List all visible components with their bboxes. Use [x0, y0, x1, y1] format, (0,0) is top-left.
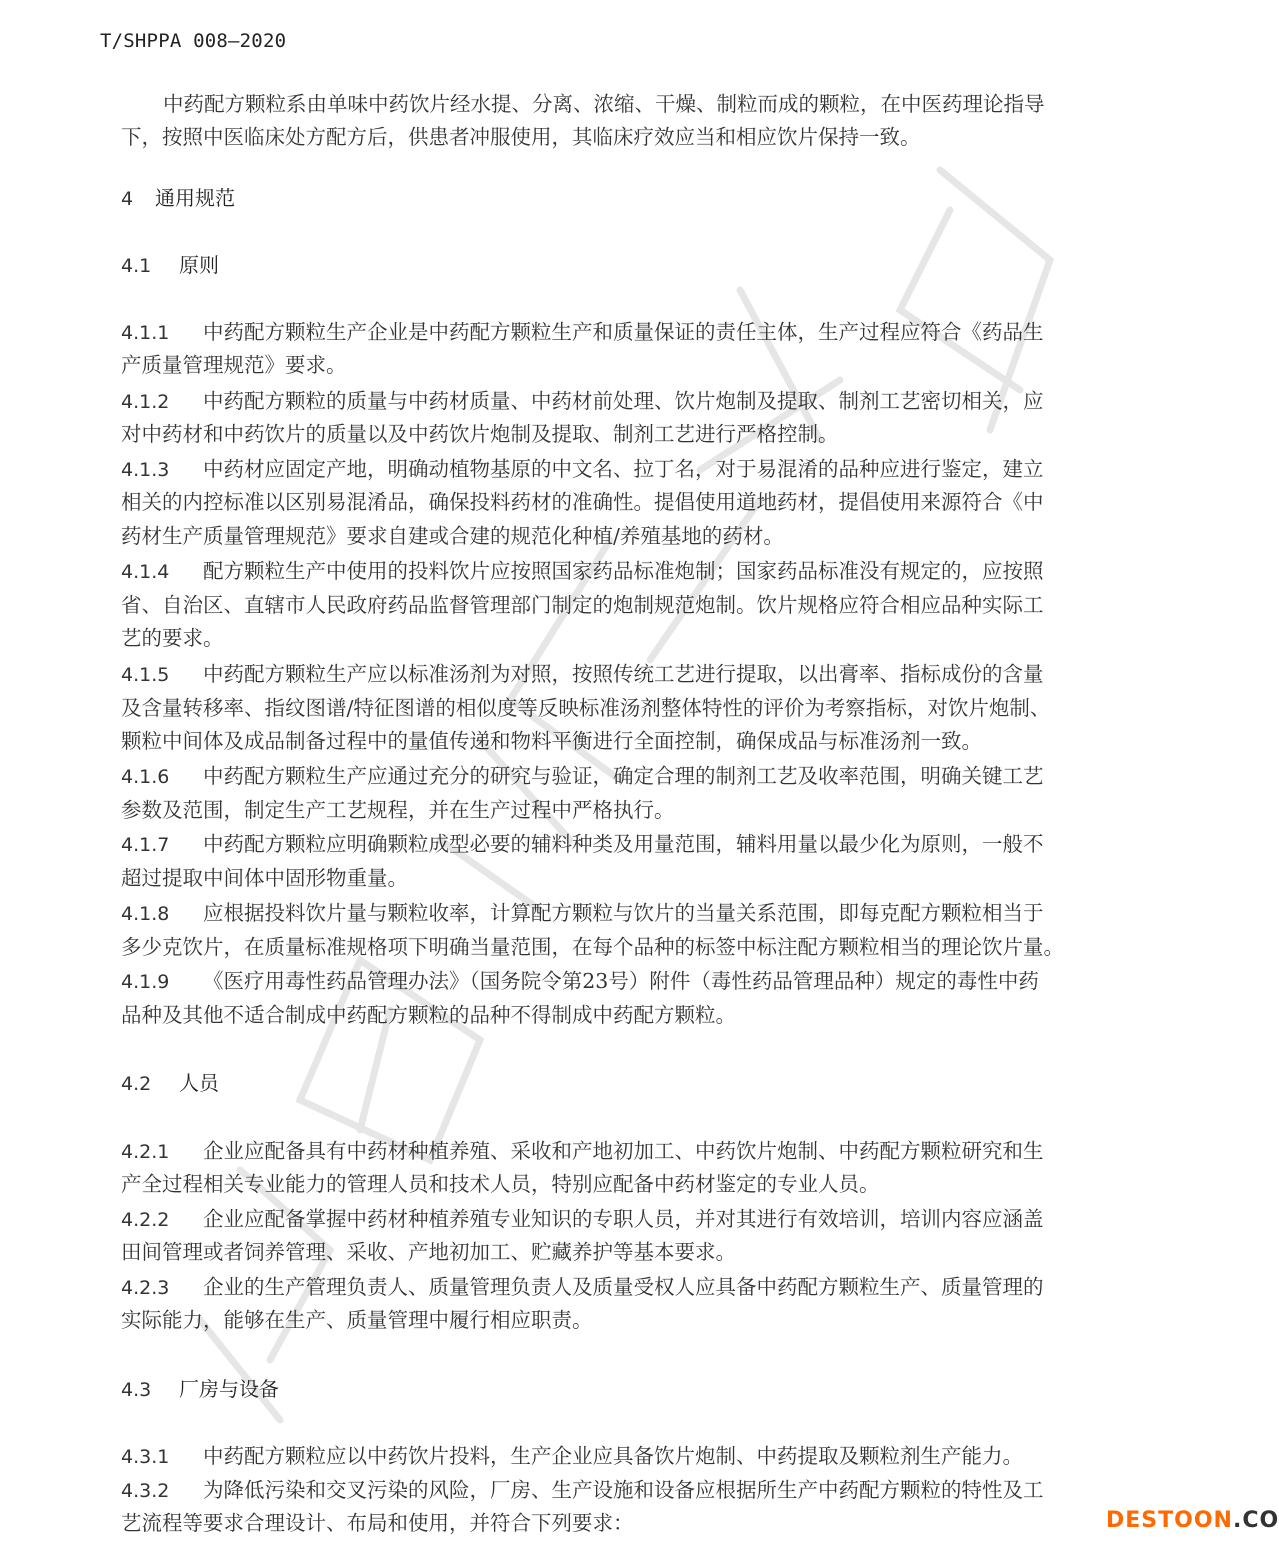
- clause-4-3-2: 4.3.2为降低污染和交叉污染的风险，厂房、生产设施和设备应根据所生产中药配方颗…: [121, 1478, 1044, 1503]
- clause-line: 品种及其他不适合制成中药配方颗粒的品种不得制成中药配方颗粒。: [121, 1003, 736, 1027]
- clause-number: 4.1.1: [121, 321, 203, 345]
- clause-4-1-8: 4.1.8应根据投料饮片量与颗粒收率，计算配方颗粒与饮片的当量关系范围，即每克配…: [121, 901, 1044, 926]
- clause-4-2-2: 4.2.2企业应配备掌握中药材种植养殖专业知识的专职人员，并对其进行有效培训，培…: [121, 1207, 1044, 1232]
- section-number: 4.1: [121, 254, 179, 278]
- clause-text: 中药配方颗粒应明确颗粒成型必要的辅料种类及用量范围，辅料用量以最少化为原则，一般…: [203, 832, 1044, 856]
- clause-4-3-1: 4.3.1中药配方颗粒应以中药饮片投料，生产企业应具备饮片炮制、中药提取及颗粒剂…: [121, 1444, 1023, 1469]
- clause-4-1-7: 4.1.7中药配方颗粒应明确颗粒成型必要的辅料种类及用量范围，辅料用量以最少化为…: [121, 832, 1044, 857]
- clause-number: 4.2.3: [121, 1276, 203, 1300]
- clause-text: 企业应配备具有中药材种植养殖、采收和产地初加工、中药饮片炮制、中药配方颗粒研究和…: [203, 1139, 1044, 1163]
- clause-line: 田间管理或者饲养管理、采收、产地初加工、贮藏养护等基本要求。: [121, 1240, 736, 1264]
- clause-text: 应根据投料饮片量与颗粒收率，计算配方颗粒与饮片的当量关系范围，即每克配方颗粒相当…: [203, 901, 1044, 925]
- clause-number: 4.1.4: [121, 560, 203, 584]
- clause-4-1-5: 4.1.5中药配方颗粒生产应以标准汤剂为对照，按照传统工艺进行提取，以出膏率、指…: [121, 662, 1044, 687]
- clause-number: 4.3.1: [121, 1445, 203, 1469]
- section-number: 4: [121, 187, 155, 211]
- clause-line: 对中药材和中药饮片的质量以及中药饮片炮制及提取、制剂工艺进行严格控制。: [121, 422, 839, 446]
- section-heading-4-1: 4.1原则: [121, 253, 219, 278]
- clause-line: 产全过程相关专业能力的管理人员和技术人员，特别应配备中药材鉴定的专业人员。: [121, 1172, 880, 1196]
- clause-line: 颗粒中间体及成品制备过程中的量值传递和物料平衡进行全面控制，确保成品与标准汤剂一…: [121, 729, 982, 753]
- destoon-logo: DESTOON.COM: [1106, 1508, 1279, 1533]
- clause-line: 实际能力，能够在生产、质量管理中履行相应职责。: [121, 1308, 593, 1332]
- clause-4-1-2: 4.1.2中药配方颗粒的质量与中药材质量、中药材前处理、饮片炮制及提取、制剂工艺…: [121, 389, 1044, 414]
- logo-part-destoon: DESTOON: [1106, 1508, 1233, 1533]
- clause-4-1-4: 4.1.4配方颗粒生产中使用的投料饮片应按照国家药品标准炮制；国家药品标准没有规…: [121, 559, 1044, 584]
- clause-line: 艺流程等要求合理设计、布局和使用，并符合下列要求：: [121, 1511, 634, 1535]
- clause-line: 艺的要求。: [121, 626, 224, 650]
- clause-4-2-3: 4.2.3企业的生产管理负责人、质量管理负责人及质量受权人应具备中药配方颗粒生产…: [121, 1275, 1044, 1300]
- section-title: 原则: [179, 253, 219, 277]
- document-code: T/SHPPA 008—2020: [100, 30, 286, 52]
- clause-4-1-9: 4.1.9《医疗用毒性药品管理办法》（国务院令第23号）附件（毒性药品管理品种）…: [121, 969, 1039, 994]
- clause-line: 及含量转移率、指纹图谱/特征图谱的相似度等反映标准汤剂整体特性的评价为考察指标，…: [121, 696, 1050, 720]
- clause-text: 配方颗粒生产中使用的投料饮片应按照国家药品标准炮制；国家药品标准没有规定的，应按…: [203, 559, 1044, 583]
- clause-4-1-6: 4.1.6中药配方颗粒生产应通过充分的研究与验证，确定合理的制剂工艺及收率范围，…: [121, 764, 1044, 789]
- section-number: 4.3: [121, 1378, 179, 1402]
- clause-4-1-3: 4.1.3中药材应固定产地，明确动植物基原的中文名、拉丁名，对于易混淆的品种应进…: [121, 457, 1044, 482]
- section-heading-4-2: 4.2人员: [121, 1071, 219, 1096]
- clause-line: 相关的内控标准以区别易混淆品，确保投料药材的准确性。提倡使用道地药材，提倡使用来…: [121, 490, 1044, 514]
- section-title: 人员: [179, 1071, 219, 1095]
- clause-text: 中药配方颗粒生产应通过充分的研究与验证，确定合理的制剂工艺及收率范围，明确关键工…: [203, 764, 1044, 788]
- clause-text: 为降低污染和交叉污染的风险，厂房、生产设施和设备应根据所生产中药配方颗粒的特性及…: [203, 1478, 1044, 1502]
- clause-line: 超过提取中间体中固形物重量。: [121, 866, 408, 890]
- section-heading-4-3: 4.3厂房与设备: [121, 1377, 279, 1402]
- clause-line: 药材生产质量管理规范》要求自建或合建的规范化种植/养殖基地的药材。: [121, 524, 784, 548]
- clause-text: 中药配方颗粒生产应以标准汤剂为对照，按照传统工艺进行提取，以出膏率、指标成份的含…: [203, 662, 1044, 686]
- clause-number: 4.2.1: [121, 1140, 203, 1164]
- clause-text: 企业的生产管理负责人、质量管理负责人及质量受权人应具备中药配方颗粒生产、质量管理…: [203, 1275, 1044, 1299]
- clause-line: 多少克饮片，在质量标准规格项下明确当量范围，在每个品种的标签中标注配方颗粒相当的…: [121, 935, 1064, 959]
- clause-number: 4.1.3: [121, 458, 203, 482]
- clause-text: 《医疗用毒性药品管理办法》（国务院令第23号）附件（毒性药品管理品种）规定的毒性…: [203, 969, 1039, 993]
- clause-4-1-1: 4.1.1中药配方颗粒生产企业是中药配方颗粒生产和质量保证的责任主体，生产过程应…: [121, 320, 1044, 345]
- clause-number: 4.1.6: [121, 765, 203, 789]
- logo-part-com: .COM: [1233, 1508, 1279, 1533]
- section-number: 4.2: [121, 1072, 179, 1096]
- clause-number: 4.2.2: [121, 1208, 203, 1232]
- clause-text: 中药材应固定产地，明确动植物基原的中文名、拉丁名，对于易混淆的品种应进行鉴定，建…: [203, 457, 1044, 481]
- section-title: 厂房与设备: [179, 1377, 279, 1401]
- section-title: 通用规范: [155, 186, 235, 210]
- clause-text: 中药配方颗粒生产企业是中药配方颗粒生产和质量保证的责任主体，生产过程应符合《药品…: [203, 320, 1044, 344]
- clause-number: 4.1.9: [121, 970, 203, 994]
- clause-line: 省、自治区、直辖市人民政府药品监督管理部门制定的炮制规范炮制。饮片规格应符合相应…: [121, 593, 1044, 617]
- clause-4-2-1: 4.2.1企业应配备具有中药材种植养殖、采收和产地初加工、中药饮片炮制、中药配方…: [121, 1139, 1044, 1164]
- clause-number: 4.3.2: [121, 1479, 203, 1503]
- clause-number: 4.1.2: [121, 390, 203, 414]
- clause-line: 参数及范围，制定生产工艺规程，并在生产过程中严格执行。: [121, 798, 675, 822]
- clause-number: 4.1.5: [121, 663, 203, 687]
- clause-text: 企业应配备掌握中药材种植养殖专业知识的专职人员，并对其进行有效培训，培训内容应涵…: [203, 1207, 1044, 1231]
- clause-number: 4.1.7: [121, 833, 203, 857]
- clause-text: 中药配方颗粒的质量与中药材质量、中药材前处理、饮片炮制及提取、制剂工艺密切相关，…: [203, 389, 1044, 413]
- intro-line: 中药配方颗粒系由单味中药饮片经水提、分离、浓缩、干燥、制粒而成的颗粒，在中医药理…: [163, 92, 1045, 116]
- clause-text: 中药配方颗粒应以中药饮片投料，生产企业应具备饮片炮制、中药提取及颗粒剂生产能力。: [203, 1444, 1023, 1468]
- clause-line: 产质量管理规范》要求。: [121, 353, 347, 377]
- clause-number: 4.1.8: [121, 902, 203, 926]
- section-heading-4: 4通用规范: [121, 186, 235, 211]
- intro-line: 下，按照中医临床处方配方后，供患者冲服使用，其临床疗效应当和相应饮片保持一致。: [121, 125, 921, 149]
